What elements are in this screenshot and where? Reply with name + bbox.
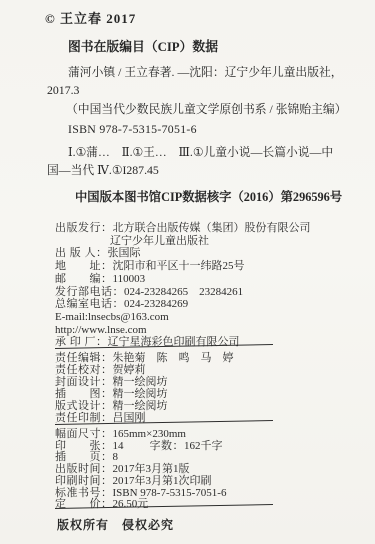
imprint-block: 出版发行：北方联合出版传媒（集团）股份有限公司 辽宁少年儿童出版社 出 版 人：…: [55, 222, 311, 349]
imprint-row-publisher: 出版发行：北方联合出版传媒（集团）股份有限公司: [55, 222, 311, 235]
cip-series-line: （中国当代少数民族儿童文学原创书系 / 张锦贻主编）: [66, 103, 375, 117]
staff-value: 精一绘阅坊: [113, 376, 168, 388]
spec-label: 插 页：: [55, 451, 113, 463]
imprint-value: 沈阳市和平区十一纬路25号: [113, 260, 245, 272]
cip-heading: 图书在版编目（CIP）数据: [68, 40, 375, 55]
book-copyright-page: © 王立春 2017 图书在版编目（CIP）数据 蒲河小镇 / 王立春著. —沈…: [0, 0, 375, 544]
cip-classification-line-2: 国—当代 Ⅳ.①I287.45: [47, 164, 375, 178]
imprint-row-website: http://www.lnse.com: [55, 324, 311, 337]
spec-label: 幅面尺寸：: [55, 428, 113, 440]
imprint-label: 出 版 人：: [55, 247, 108, 259]
spec-value: ISBN 978-7-5315-7051-6: [113, 487, 227, 499]
imprint-email: E-mail:lnsecbs@163.com: [55, 311, 169, 323]
staff-row-proofreader: 责任校对：贺婷莉: [55, 364, 234, 376]
imprint-value: 110003: [113, 273, 146, 285]
imprint-value: 北方联合出版传媒（集团）股份有限公司: [113, 222, 311, 234]
cip-classification-line-1: Ⅰ.①蒲… Ⅱ.①王… Ⅲ.①儿童小说—长篇小说—中: [68, 146, 375, 160]
spec-label: 标准书号：: [55, 487, 113, 499]
staff-label: 插 图：: [55, 388, 113, 400]
staff-label: 责任编辑：: [55, 352, 113, 364]
imprint-label: 邮 编：: [55, 273, 113, 285]
cip-isbn-line: ISBN 978-7-5315-7051-6: [68, 123, 375, 137]
staff-block: 责任编辑：朱艳菊 陈 鸣 马 婷 责任校对：贺婷莉 封面设计：精一绘阅坊 插 图…: [55, 352, 234, 425]
imprint-row-postcode: 邮 编：110003: [55, 273, 311, 286]
staff-row-editor: 责任编辑：朱艳菊 陈 鸣 马 婷: [55, 352, 234, 364]
imprint-label: 地 址：: [55, 260, 113, 272]
imprint-label: 发行部电话：: [55, 286, 124, 298]
staff-row-cover-design: 封面设计：精一绘阅坊: [55, 376, 234, 388]
print-spec-block: 幅面尺寸：165mm×230mm 印 张：14字数：162千字 插 页：8 出版…: [55, 429, 226, 511]
imprint-label: 总编室电话：: [55, 298, 124, 310]
imprint-row-distribution-phone: 发行部电话：024-23284265 23284261: [55, 286, 311, 299]
cip-title-line: 蒲河小镇 / 王立春著. —沈阳：辽宁少年儿童出版社，: [68, 66, 375, 80]
staff-row-layout-design: 版式设计：精一绘阅坊: [55, 400, 234, 412]
spec-value: 26.50元: [113, 498, 149, 510]
spec-label: 出版时间：: [55, 463, 113, 475]
imprint-value: 024-23284269: [124, 298, 188, 310]
spec-value: 165mm×230mm: [113, 428, 186, 440]
staff-row-illustration: 插 图：精一绘阅坊: [55, 388, 234, 400]
staff-value: 贺婷莉: [113, 364, 146, 376]
spec-value: 14: [113, 440, 124, 452]
imprint-value: 024-23284265 23284261: [124, 286, 243, 298]
spec-label: 印刷时间：: [55, 475, 113, 487]
staff-value: 朱艳菊 陈 鸣 马 婷: [113, 352, 234, 364]
staff-value: 精一绘阅坊: [113, 400, 168, 412]
imprint-row-publisher-person: 出 版 人：张国际: [55, 247, 311, 260]
spec-label: 印 张：: [55, 440, 113, 452]
imprint-row-publisher-2: 辽宁少年儿童出版社: [55, 235, 311, 248]
cip-registry-line: 中国版本图书馆CIP数据核字（2016）第296596号: [75, 190, 375, 204]
staff-label: 封面设计：: [55, 376, 113, 388]
staff-value: 精一绘阅坊: [113, 388, 168, 400]
cip-block: © 王立春 2017 图书在版编目（CIP）数据 蒲河小镇 / 王立春著. —沈…: [0, 0, 375, 204]
imprint-website: http://www.lnse.com: [55, 324, 147, 336]
imprint-row-editorial-phone: 总编室电话：024-23284269: [55, 298, 311, 311]
imprint-value: 辽宁少年儿童出版社: [110, 235, 209, 247]
staff-label: 责任校对：: [55, 364, 113, 376]
cip-pub-year-line: 2017.3: [47, 84, 375, 98]
imprint-value: 张国际: [108, 247, 141, 259]
spec-value: 8: [113, 451, 119, 463]
spec-value: 2017年3月第1版: [113, 463, 190, 475]
copyright-notice: © 王立春 2017: [45, 12, 375, 27]
imprint-row-email: E-mail:lnsecbs@163.com: [55, 311, 311, 324]
spec-value: 2017年3月第1次印刷: [113, 475, 212, 487]
imprint-label: 出版发行：: [55, 222, 113, 234]
spec-wordcount-label: 字数：: [150, 440, 185, 452]
imprint-row-address: 地 址：沈阳市和平区十一纬路25号: [55, 260, 311, 273]
staff-label: 版式设计：: [55, 400, 113, 412]
copyright-footer-notice: 版权所有 侵权必究: [57, 516, 174, 533]
spec-wordcount-value: 162千字: [184, 440, 223, 452]
